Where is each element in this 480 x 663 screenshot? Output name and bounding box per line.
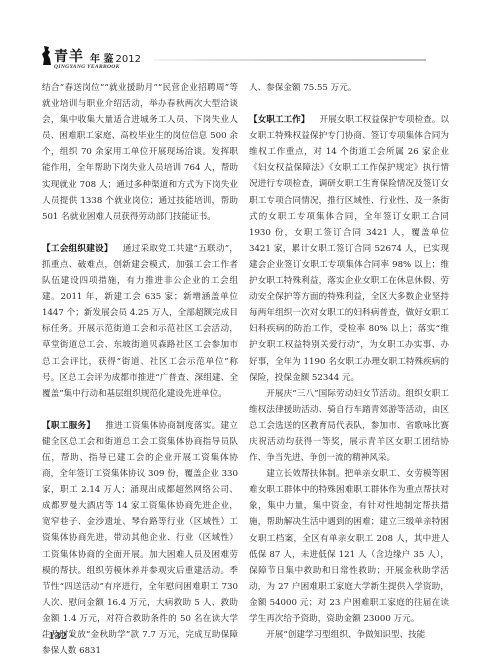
figure-logo-icon [42, 46, 51, 66]
page-number: · 132 · [42, 632, 73, 642]
right-column: 人、参保金额 75.55 万元。 【女职工工作】开展女职工权益保护专项检查。以女… [249, 80, 449, 643]
section-title: 【女职工工作】 [249, 115, 309, 125]
paragraph-womens-day: 开展庆“三八”国际劳动妇女节活动。组织女职工维权法律援助活动、骑自行车踏青郊游等… [249, 386, 449, 466]
continuation-paragraph: 人、参保金额 75.55 万元。 [249, 80, 449, 96]
section-union-organization: 【工会组织建设】通过采取党工共建“五联动”，抓重点、破难点，创新建会模式，加强工… [42, 241, 238, 402]
section-worker-services: 【职工服务】推进工资集体协商制度落实。建立健全区总工会和街道总工会工资集体协商指… [42, 418, 238, 659]
intro-paragraph: 结合“春送岗位”“就业援助月”“民营企业招聘周”等就业培训与职业介绍活动，举办春… [42, 80, 238, 225]
section-body: 推进工资集体协商制度落实。建立健全区总工会和街道总工会工资集体协商指导员队伍，帮… [42, 421, 238, 656]
logo-yearbook-label: 年 鉴2012 [90, 50, 141, 65]
left-column: 结合“春送岗位”“就业援助月”“民营企业招聘周”等就业培训与职业介绍活动，举办春… [42, 80, 238, 659]
section-body: 通过采取党工共建“五联动”，抓重点、破难点，创新建会模式，加强工会工作者队伍建设… [42, 244, 238, 399]
paragraph-assistance-system: 建立长效帮扶体制。把单亲女职工、女劳模等困难女职工群体中的特殊困难职工群体作为重… [249, 466, 449, 627]
yearbook-logo: 青羊 年 鉴2012 QINGYANG YEARBOOK [40, 44, 145, 74]
page-header: 青羊 年 鉴2012 QINGYANG YEARBOOK [40, 44, 450, 74]
logo-english-title: QINGYANG YEARBOOK [54, 64, 120, 70]
section-title: 【职工服务】 [42, 421, 95, 431]
section-body: 开展女职工权益保护专项检查。以女职工特殊权益保护专门协商、签订专项集体合同为维权… [249, 115, 449, 383]
logo-chinese-title: 青羊 [54, 46, 84, 66]
section-female-workers: 【女职工工作】开展女职工权益保护专项检查。以女职工特殊权益保护专门协商、签订专项… [249, 112, 449, 386]
section-title: 【工会组织建设】 [42, 244, 113, 254]
paragraph-learning-organization: 开展“创建学习型组织、争做知识型、技能 [249, 627, 449, 643]
header-rule [154, 59, 426, 61]
